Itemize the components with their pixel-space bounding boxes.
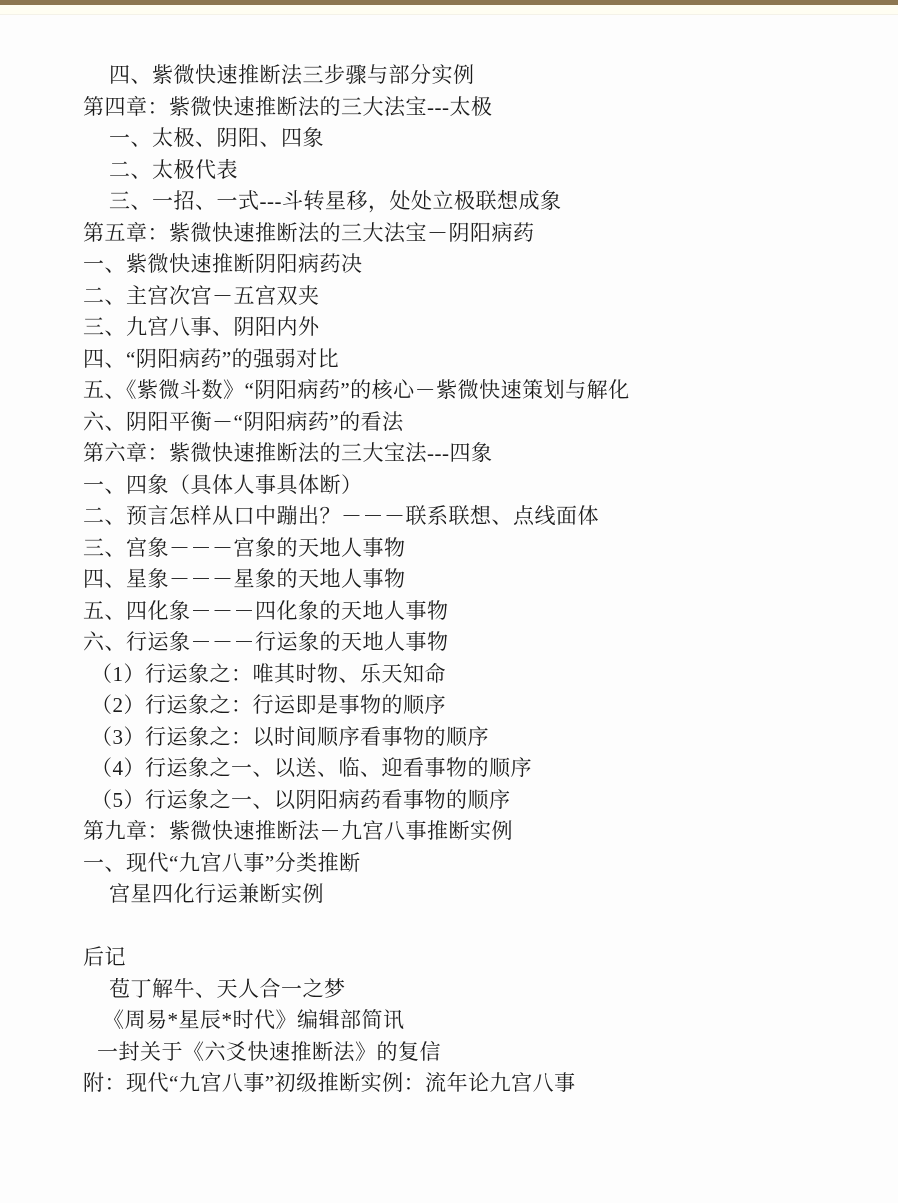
toc-line: （5）行运象之一、以阴阳病药看事物的顺序 <box>83 785 858 817</box>
toc-line: 五、四化象－－－四化象的天地人事物 <box>83 596 858 628</box>
toc-line: 第九章：紫微快速推断法－九宫八事推断实例 <box>83 816 858 848</box>
toc-line: 三、九宫八事、阴阳内外 <box>83 312 858 344</box>
page-top-band <box>0 5 898 15</box>
toc-blank-line <box>83 911 858 943</box>
toc-line: 四、星象－－－星象的天地人事物 <box>83 564 858 596</box>
toc-line: 二、太极代表 <box>83 155 858 187</box>
toc-line: 六、阴阳平衡－“阴阳病药”的看法 <box>83 407 858 439</box>
toc-line: 苞丁解牛、天人合一之梦 <box>83 974 858 1006</box>
toc-line: 一、紫微快速推断阴阳病药决 <box>83 249 858 281</box>
toc-line: 一、现代“九宫八事”分类推断 <box>83 848 858 880</box>
toc-line: 一、四象（具体人事具体断） <box>83 470 858 502</box>
toc-line: 一、太极、阴阳、四象 <box>83 123 858 155</box>
toc-line: （1）行运象之：唯其时物、乐天知命 <box>83 659 858 691</box>
toc-line: 宫星四化行运兼断实例 <box>83 879 858 911</box>
toc-line: 附：现代“九宫八事”初级推断实例：流年论九宫八事 <box>83 1068 858 1100</box>
table-of-contents: 四、紫微快速推断法三步骤与部分实例第四章：紫微快速推断法的三大法宝---太极一、… <box>83 60 858 1100</box>
toc-line: 一封关于《六爻快速推断法》的复信 <box>83 1037 858 1069</box>
toc-line: 第六章：紫微快速推断法的三大宝法---四象 <box>83 438 858 470</box>
toc-line: 三、一招、一式---斗转星移，处处立极联想成象 <box>83 186 858 218</box>
toc-line: 第四章：紫微快速推断法的三大法宝---太极 <box>83 92 858 124</box>
toc-line: 后记 <box>83 942 858 974</box>
toc-line: 五、《紫微斗数》“阴阳病药”的核心－紫微快速策划与解化 <box>83 375 858 407</box>
toc-line: 三、宫象－－－宫象的天地人事物 <box>83 533 858 565</box>
toc-line: 四、“阴阳病药”的强弱对比 <box>83 344 858 376</box>
toc-line: 《周易*星辰*时代》编辑部简讯 <box>83 1005 858 1037</box>
toc-line: （4）行运象之一、以送、临、迎看事物的顺序 <box>83 753 858 785</box>
toc-line: 二、预言怎样从口中蹦出？－－－联系联想、点线面体 <box>83 501 858 533</box>
toc-line: （2）行运象之：行运即是事物的顺序 <box>83 690 858 722</box>
toc-line: 第五章：紫微快速推断法的三大法宝－阴阳病药 <box>83 218 858 250</box>
toc-line: 二、主宫次宫－五宫双夹 <box>83 281 858 313</box>
toc-line: 六、行运象－－－行运象的天地人事物 <box>83 627 858 659</box>
toc-line: （3）行运象之：以时间顺序看事物的顺序 <box>83 722 858 754</box>
toc-line: 四、紫微快速推断法三步骤与部分实例 <box>83 60 858 92</box>
